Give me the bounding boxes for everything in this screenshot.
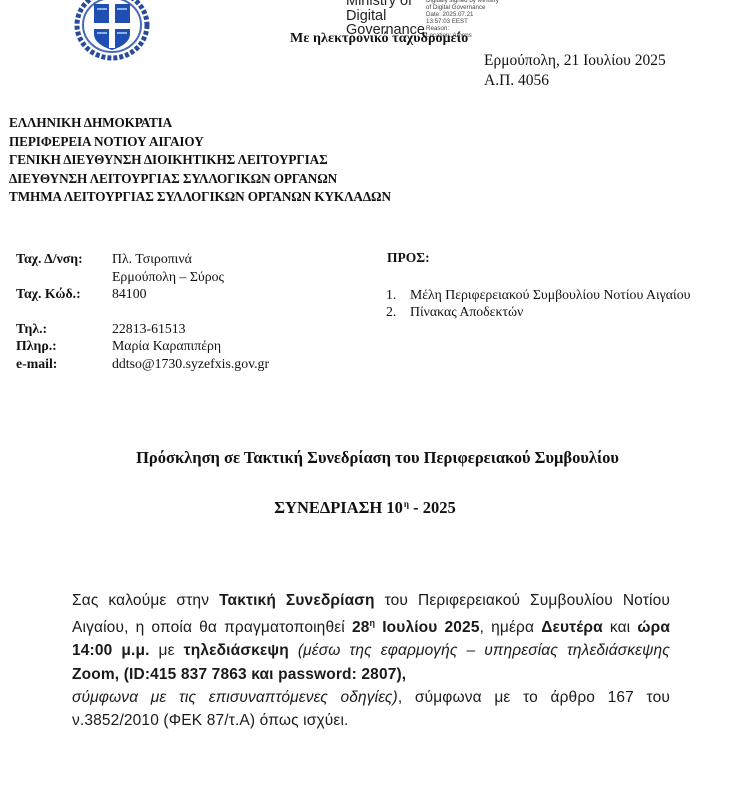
signature-detail: Date: 2025.07.21 (426, 11, 499, 18)
phone: 22813-61513 (112, 320, 186, 338)
body-text: και (603, 619, 638, 636)
org-line: ΔΙΕΥΘΥΝΣΗ ΛΕΙΤΟΥΡΓΙΑΣ ΣΥΛΛΟΓΙΚΩΝ ΟΡΓΑΝΩΝ (9, 170, 391, 189)
postcode-label: Ταχ. Κώδ.: (16, 285, 112, 303)
info-person: Μαρία Καραπιπέρη (112, 337, 221, 355)
recipients-list: 1. Μέλη Περιφερειακού Συμβουλίου Νοτίου … (386, 286, 700, 320)
recipient-item: 2. Πίνακας Αποδεκτών (386, 303, 700, 320)
info-label: Πληρ.: (16, 337, 112, 355)
org-line: ΠΕΡΙΦΕΡΕΙΑ ΝΟΤΙΟΥ ΑΙΓΑΙΟΥ (9, 133, 391, 152)
org-line: ΓΕΝΙΚΗ ΔΙΕΥΘΥΝΣΗ ΔΙΟΙΚΗΤΙΚΗΣ ΛΕΙΤΟΥΡΓΙΑΣ (9, 151, 391, 170)
body-italic: (μέσω της εφαρμογής – υπηρεσίας τηλεδιάσ… (298, 642, 670, 659)
recipient-number: 1. (386, 286, 410, 303)
session-heading: ΣΥΝΕΔΡΙΑΣΗ 10η - 2025 (0, 498, 730, 518)
recipient-text: Μέλη Περιφερειακού Συμβουλίου Νοτίου Αιγ… (410, 286, 700, 303)
meeting-weekday: Δευτέρα (541, 619, 603, 636)
meeting-day: 28 (352, 619, 370, 636)
greek-coat-of-arms-icon (74, 0, 150, 62)
org-line: ΕΛΛΗΝΙΚΗ ΔΗΜΟΚΡΑΤΙΑ (9, 114, 391, 133)
delivery-note: Με ηλεκτρονικό ταχυδρομείο (290, 31, 468, 47)
signature-detail: 13:57:03 EEST (426, 18, 499, 25)
email-address[interactable]: ddtso@1730.syzefxis.gov.gr (112, 355, 269, 373)
invitation-body: Σας καλούμε στην Τακτική Συνεδρίαση του … (72, 589, 670, 732)
address-line1: Πλ. Τσιροπινά (112, 250, 192, 268)
body-text: , ημέρα (480, 619, 542, 636)
protocol-number: Α.Π. 4056 (484, 71, 549, 91)
recipients-label: ΠΡΟΣ: (387, 250, 430, 266)
address-line2: Ερμούπολη – Σύρος (112, 268, 224, 286)
body-text (289, 642, 298, 659)
meeting-month: Ιουλίου 2025 (375, 619, 479, 636)
phone-label: Τηλ.: (16, 320, 112, 338)
recipient-number: 2. (386, 303, 410, 320)
contact-block: Ταχ. Δ/νση: Πλ. Τσιροπινά Ερμούπολη – Σύ… (16, 250, 269, 372)
org-line: ΤΜΗΜΑ ΛΕΙΤΟΥΡΓΙΑΣ ΣΥΛΛΟΓΙΚΩΝ ΟΡΓΑΝΩΝ ΚΥΚ… (9, 188, 391, 207)
address-label: Ταχ. Δ/νση: (16, 250, 112, 268)
recipient-item: 1. Μέλη Περιφερειακού Συμβουλίου Νοτίου … (386, 286, 700, 303)
zoom-credentials: , (ID:415 837 7863 και password: 2807), (115, 666, 406, 683)
session-year: - 2025 (409, 498, 456, 517)
signature-line: Digital (346, 9, 425, 24)
postcode: 84100 (112, 285, 147, 303)
organization-header: ΕΛΛΗΝΙΚΗ ΔΗΜΟΚΡΑΤΙΑ ΠΕΡΙΦΕΡΕΙΑ ΝΟΤΙΟΥ ΑΙ… (9, 114, 391, 207)
body-text: με (150, 642, 184, 659)
body-italic: σύμφωνα με τις επισυναπτόμενες οδηγίες) (72, 689, 398, 706)
zoom-platform: Zoom (72, 666, 115, 683)
recipient-text: Πίνακας Αποδεκτών (410, 303, 700, 320)
place-date: Ερμούπολη, 21 Ιουλίου 2025 (484, 51, 666, 71)
body-text: Σας καλούμε στην (72, 592, 219, 609)
document-title: Πρόσκληση σε Τακτική Συνεδρίαση του Περι… (0, 448, 755, 468)
email-label: e-mail: (16, 355, 112, 373)
session-prefix: ΣΥΝΕΔΡΙΑΣΗ 10 (274, 498, 403, 517)
signature-detail: of Digital Governance (426, 4, 499, 11)
body-bold: Τακτική Συνεδρίαση (219, 592, 375, 609)
body-bold: τηλεδιάσκεψη (184, 642, 289, 659)
